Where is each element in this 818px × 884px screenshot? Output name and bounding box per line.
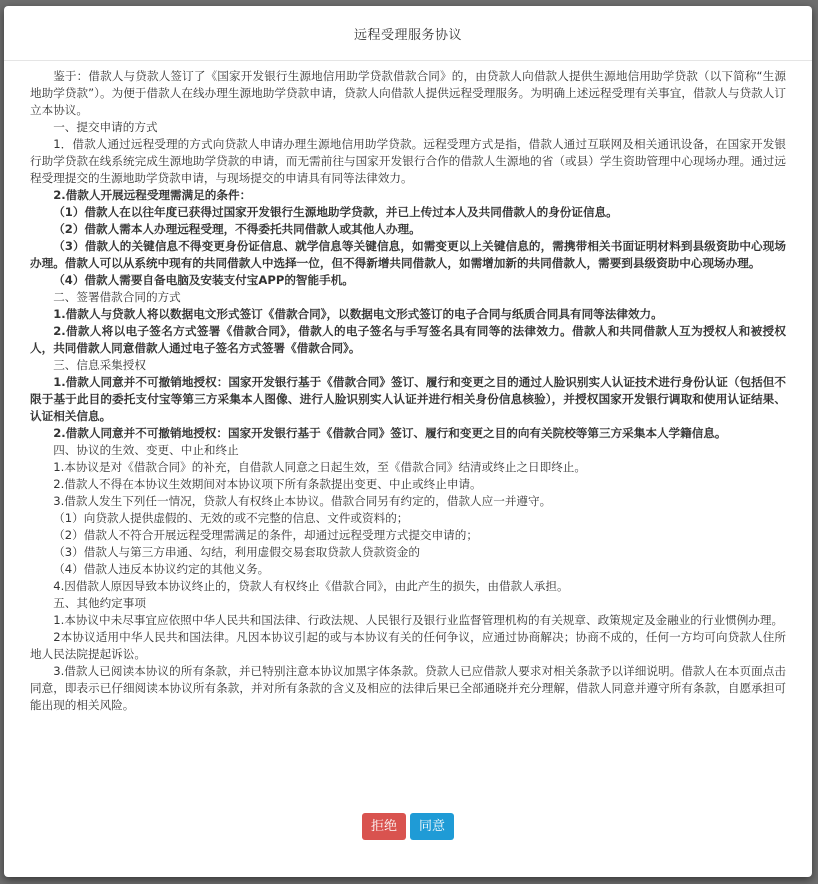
condition-2: （2）借款人需本人办理远程受理，不得委托共同借款人或其他人办理。 bbox=[30, 221, 786, 238]
section-heading-4: 四、协议的生效、变更、中止和终止 bbox=[30, 442, 786, 459]
section-heading-1: 一、提交申请的方式 bbox=[30, 119, 786, 136]
clause-5-3: 3.借款人已阅读本协议的所有条款，并已特别注意本协议加黑字体条款。贷款人已应借款… bbox=[30, 663, 786, 714]
clause-5-2: 2本协议适用中华人民共和国法律。凡因本协议引起的或与本协议有关的任何争议，应通过… bbox=[30, 629, 786, 663]
agreement-preamble: 鉴于：借款人与贷款人签订了《国家开发银行生源地信用助学贷款借款合同》的，由贷款人… bbox=[30, 68, 786, 119]
clause-5-1: 1.本协议中未尽事宜应依照中华人民共和国法律、行政法规、人民银行及银行业监督管理… bbox=[30, 612, 786, 629]
clause-3-1: 1.借款人同意并不可撤销地授权：国家开发银行基于《借款合同》签订、履行和变更之目… bbox=[30, 374, 786, 425]
section-heading-5: 五、其他约定事项 bbox=[30, 595, 786, 612]
termination-case-1: （1）向贷款人提供虚假的、无效的或不完整的信息、文件或资料的； bbox=[30, 510, 786, 527]
agree-button[interactable]: 同意 bbox=[410, 813, 454, 840]
dialog-footer: 拒绝 同意 bbox=[4, 813, 812, 840]
termination-case-3: （3）借款人与第三方串通、勾结，利用虚假交易套取贷款人贷款资金的 bbox=[30, 544, 786, 561]
reject-button[interactable]: 拒绝 bbox=[362, 813, 406, 840]
section-heading-3: 三、信息采集授权 bbox=[30, 357, 786, 374]
clause-1-2: 2.借款人开展远程受理需满足的条件： bbox=[30, 187, 786, 204]
dialog-header: 远程受理服务协议 bbox=[4, 6, 812, 61]
clause-3-2: 2.借款人同意并不可撤销地授权：国家开发银行基于《借款合同》签订、履行和变更之目… bbox=[30, 425, 786, 442]
clause-4-4: 4.因借款人原因导致本协议终止的，贷款人有权终止《借款合同》，由此产生的损失，由… bbox=[30, 578, 786, 595]
clause-2-2: 2.借款人将以电子签名方式签署《借款合同》，借款人的电子签名与手写签名具有同等的… bbox=[30, 323, 786, 357]
termination-case-4: （4）借款人违反本协议约定的其他义务。 bbox=[30, 561, 786, 578]
dialog-title: 远程受理服务协议 bbox=[354, 24, 462, 43]
clause-4-3: 3.借款人发生下列任一情况，贷款人有权终止本协议。借款合同另有约定的，借款人应一… bbox=[30, 493, 786, 510]
termination-case-2: （2）借款人不符合开展远程受理需满足的条件，却通过远程受理方式提交申请的； bbox=[30, 527, 786, 544]
condition-4: （4）借款人需要自备电脑及安装支付宝APP的智能手机。 bbox=[30, 272, 786, 289]
condition-1: （1）借款人在以往年度已获得过国家开发银行生源地助学贷款，并已上传过本人及共同借… bbox=[30, 204, 786, 221]
section-heading-2: 二、签署借款合同的方式 bbox=[30, 289, 786, 306]
agreement-body: 鉴于：借款人与贷款人签订了《国家开发银行生源地信用助学贷款借款合同》的，由贷款人… bbox=[4, 61, 812, 714]
condition-3: （3）借款人的关键信息不得变更身份证信息、就学信息等关键信息，如需变更以上关键信… bbox=[30, 238, 786, 272]
clause-4-2: 2.借款人不得在本协议生效期间对本协议项下所有条款提出变更、中止或终止申请。 bbox=[30, 476, 786, 493]
agreement-dialog: 远程受理服务协议 鉴于：借款人与贷款人签订了《国家开发银行生源地信用助学贷款借款… bbox=[4, 6, 812, 877]
clause-1-1: 1．借款人通过远程受理的方式向贷款人申请办理生源地信用助学贷款。远程受理方式是指… bbox=[30, 136, 786, 187]
clause-2-1: 1.借款人与贷款人将以数据电文形式签订《借款合同》，以数据电文形式签订的电子合同… bbox=[30, 306, 786, 323]
clause-4-1: 1.本协议是对《借款合同》的补充，自借款人同意之日起生效，至《借款合同》结清或终… bbox=[30, 459, 786, 476]
